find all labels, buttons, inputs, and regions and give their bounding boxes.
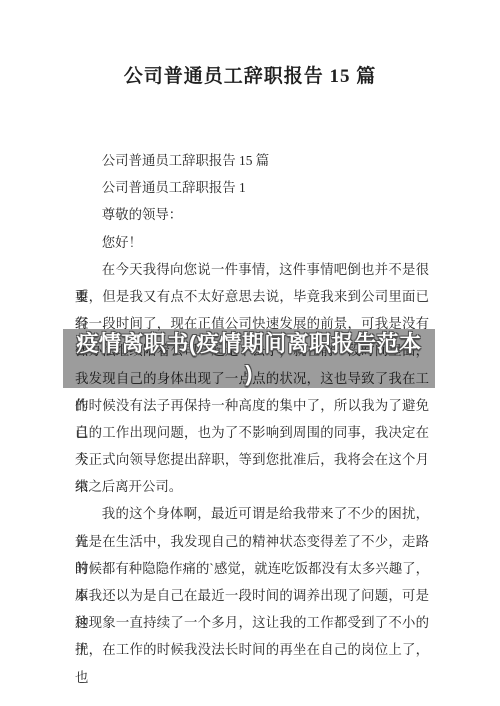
- document-body: 公司普通员工辞职报告 15 篇 公司普通员工辞职报告 1 尊敬的领导： 您好！ …: [75, 147, 429, 664]
- body-line: 种现象一直持续了一个多月，这让我的工作都受到了不小的干: [75, 609, 429, 636]
- overlay-banner: 疫情离职书(疫情期间离职报告范本 ): [63, 329, 435, 388]
- overlay-title-line-1: 疫情离职书(疫情期间离职报告范本: [63, 329, 435, 359]
- body-line: 的时候没有法子再保持一种高度的集中了，所以我为了避免自: [75, 392, 429, 419]
- body-line: 己的工作出现问题，也为了不影响到周围的同事，我决定在今: [75, 419, 429, 446]
- body-line: 先是在生活中，我发现自己的精神状态变得差了不少，走路的: [75, 528, 429, 555]
- body-line: 公司普通员工辞职报告 1: [75, 174, 429, 201]
- body-line: 天正式向领导您提出辞职，等到您批准后，我将会在这个月结: [75, 446, 429, 473]
- body-line: 扰，在工作的时候我没法长时间的再坐在自己的岗位上了，也: [75, 636, 429, 663]
- document-page: 公司普通员工辞职报告 15 篇 公司普通员工辞职报告 15 篇 公司普通员工辞职…: [0, 0, 500, 706]
- body-line: 公司普通员工辞职报告 15 篇: [75, 147, 429, 174]
- document-main-title: 公司普通员工辞职报告 15 篇: [0, 63, 500, 91]
- body-line: 本我还以为是自己在最近一段时间的调养出现了问题，可是这: [75, 582, 429, 609]
- body-line: 我的这个身体啊，最近可谓是给我带来了不少的困扰，首: [75, 500, 429, 527]
- body-line: 在今天我得向您说一件事情，这件事情吧倒也并不是很重: [75, 256, 429, 283]
- body-line: 时候都有种隐隐作痛的`感觉，就连吃饭都没有太多兴趣了，原: [75, 555, 429, 582]
- body-line: 要，但是我又有点不太好意思去说，毕竟我来到公司里面已经: [75, 283, 429, 310]
- body-line: 束之后离开公司。: [75, 473, 429, 500]
- body-line: 您好！: [75, 229, 429, 256]
- body-line: 尊敬的领导：: [75, 201, 429, 228]
- overlay-title-line-2: ): [63, 359, 435, 389]
